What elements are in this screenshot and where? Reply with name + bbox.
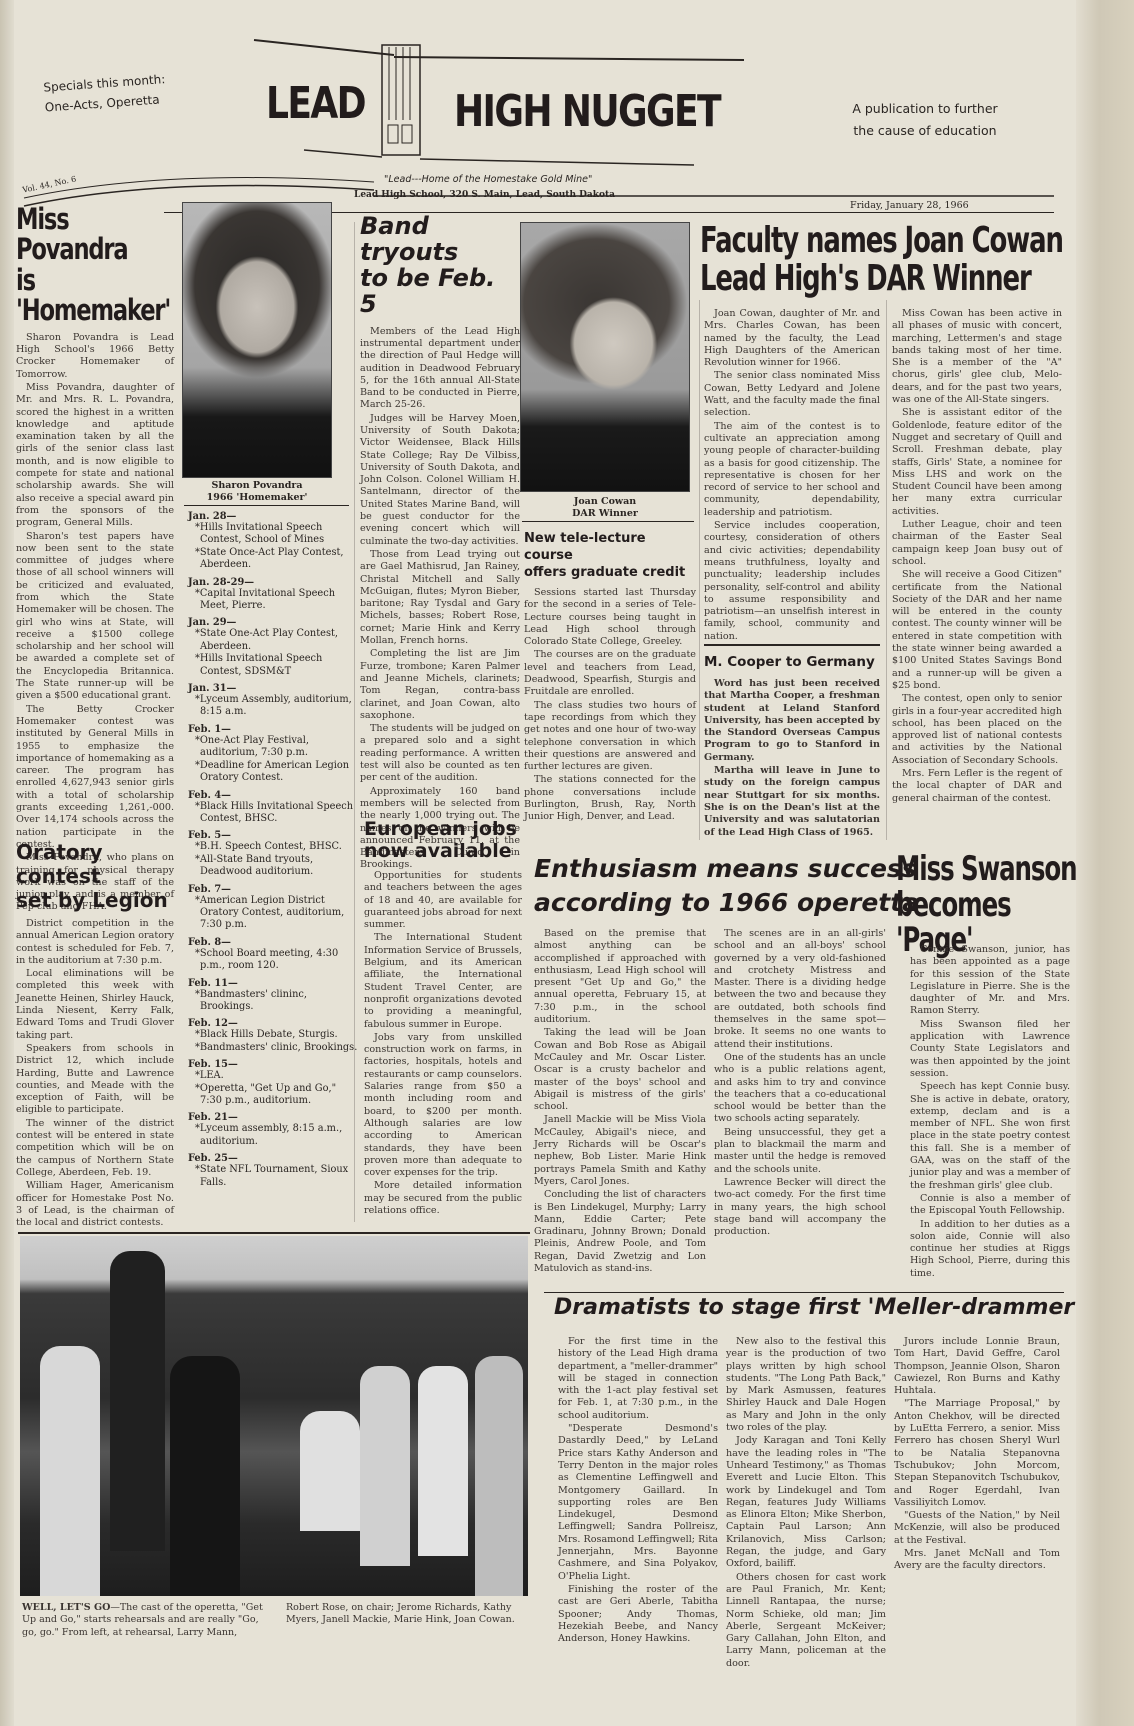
paragraph: Jobs vary from unskilled construction wo… [364, 1032, 522, 1180]
paragraph: Miss Povandra, daughter of Mr. and Mrs. … [16, 382, 174, 530]
specials-note: Specials this month: One-Acts, Operetta [43, 66, 205, 117]
calendar-event: *Hills Invitational Speech Contest, SDSM… [188, 653, 358, 678]
paragraph: Concluding the list of characters is Ben… [534, 1189, 706, 1275]
headline-line: Oratory contest [16, 840, 174, 888]
paragraph: District competition in the annual Ameri… [16, 918, 174, 967]
paragraph: The courses are on the graduate level an… [524, 649, 696, 698]
calendar-date: Feb. 15— [188, 1059, 358, 1070]
headline: Miss Povandra is 'Homemaker' [16, 204, 172, 326]
calendar-date: Feb. 11— [188, 978, 358, 989]
calendar-event: *Capital Invitational Speech Meet, Pierr… [188, 588, 358, 613]
article-swanson: Connie Swanson, junior, has has been app… [910, 944, 1070, 1281]
article-dramatists-col3: Jurors include Lonnie Braun, Tom Hart, D… [894, 1336, 1060, 1574]
article-operetta-col2: The scenes are in an all-girls' school a… [714, 928, 886, 1239]
headline: Band tryouts to be Feb. 5 [360, 214, 520, 318]
paragraph: Sessions started last Thursday for the s… [524, 587, 696, 648]
issue-date: Friday, January 28, 1966 [850, 200, 969, 211]
figure [110, 1251, 165, 1551]
article-cooper: M. Cooper to Germany Word has just been … [704, 654, 880, 840]
paragraph: Finishing the roster of the cast are Ger… [558, 1584, 718, 1645]
headline: New tele-lecture course offers graduate … [524, 530, 696, 581]
article-european-jobs: European jobs now available Opportunitie… [364, 818, 522, 1218]
article-cowan-col1: Joan Cowan, daughter of Mr. and Mrs. Cha… [704, 308, 880, 658]
paragraph: Martha will leave in June to study on th… [704, 765, 880, 839]
paragraph: Completing the list are Jim Furze, tromb… [360, 648, 520, 722]
calendar-event: *State Once-Act Play Contest, Aberdeen. [188, 547, 358, 572]
article-body: Word has just been received that Martha … [704, 678, 880, 839]
headline-line: offers graduate credit [524, 564, 696, 581]
headline-line: Lead High's DAR Winner [700, 260, 1103, 298]
headline: European jobs now available [364, 818, 522, 862]
paragraph: The Betty Crocker Homemaker contest was … [16, 704, 174, 852]
calendar-event: *All-State Band tryouts, Deadwood audito… [188, 854, 358, 879]
paragraph: "The Marriage Proposal," by Anton Chekho… [894, 1398, 1060, 1509]
paragraph: The aim of the contest is to cultivate a… [704, 421, 880, 519]
paragraph: The senior class nominated Miss Cowan, B… [704, 370, 880, 419]
headline-line: European jobs [364, 818, 522, 840]
photo-caption-cast: WELL, LET'S GO—The cast of the operetta,… [22, 1602, 532, 1639]
paragraph: The stations connected for the phone con… [524, 774, 696, 823]
calendar-event: *American Legion District Oratory Contes… [188, 895, 358, 932]
paragraph: Sharon Povandra is Lead High School's 19… [16, 332, 174, 381]
article-body: Sessions started last Thursday for the s… [524, 587, 696, 824]
article-body: Opportunities for students and teachers … [364, 870, 522, 1217]
caption-lead: WELL, LET'S GO [22, 1602, 110, 1613]
paragraph: Being unsuccessful, they get a plan to b… [714, 1127, 886, 1176]
headline-line: is 'Homemaker' [16, 265, 172, 326]
paragraph: Speech has kept Connie busy. She is acti… [910, 1081, 1070, 1192]
headline: M. Cooper to Germany [704, 654, 880, 670]
article-band-tryouts: Band tryouts to be Feb. 5 Members of the… [360, 214, 520, 873]
headline-line: Enthusiasm means success [534, 852, 919, 886]
article-cowan-col2: Miss Cowan has been active in all phases… [892, 308, 1062, 806]
paragraph: Mrs. Fern Lefler is the regent of the lo… [892, 768, 1062, 805]
paragraph: Judges will be Harvey Moen, University o… [360, 413, 520, 548]
calendar-date: Jan. 28-29— [188, 577, 358, 588]
calendar-date: Feb. 25— [188, 1153, 358, 1164]
paragraph: William Hager, Americanism officer for H… [16, 1180, 174, 1229]
figure [360, 1366, 410, 1566]
photo-sharon-povandra [182, 202, 332, 478]
calendar-event: *One-Act Play Festival, auditorium, 7:30… [188, 735, 358, 760]
paragraph: "Guests of the Nation," by Neil McKenzie… [894, 1510, 1060, 1547]
paragraph: Based on the premise that almost anythin… [534, 928, 706, 1026]
headline-line: Miss Povandra [16, 204, 172, 265]
calendar-event: *Black Hills Invitational Speech Contest… [188, 801, 358, 826]
school-address: Lead High School, 320 S. Main, Lead, Sou… [354, 190, 615, 200]
paragraph: Service includes cooperation, courtesy, … [704, 520, 880, 643]
caption-line: Sharon Povandra [182, 480, 332, 492]
calendar-date: Feb. 8— [188, 937, 358, 948]
calendar-event: *Operetta, "Get Up and Go," 7:30 p.m., a… [188, 1083, 358, 1108]
article-dramatists-col2: New also to the festival this year is th… [726, 1336, 886, 1671]
paragraph: The students will be judged on a prepare… [360, 723, 520, 784]
caption-line: 1966 'Homemaker' [182, 492, 332, 504]
masthead-title-right: HIGH NUGGET [454, 86, 720, 137]
article-body: Sharon Povandra is Lead High School's 19… [16, 332, 174, 914]
caption-line: Joan Cowan [520, 496, 690, 508]
calendar-date: Jan. 28— [188, 511, 358, 522]
article-body: Members of the Lead High instrumental de… [360, 326, 520, 872]
calendar-date: Feb. 12— [188, 1018, 358, 1029]
calendar-event: *B.H. Speech Contest, BHSC. [188, 841, 358, 853]
calendar-event: *Lyceum Assembly, auditorium, 8:15 a.m. [188, 694, 358, 719]
calendar-event: *School Board meeting, 4:30 p.m., room 1… [188, 948, 358, 973]
newspaper-page: Specials this month: One-Acts, Operetta … [14, 0, 1076, 1726]
paragraph: The scenes are in an all-girls' school a… [714, 928, 886, 1051]
paragraph: The contest, open only to senior girls i… [892, 693, 1062, 767]
paragraph: Jody Karagan and Toni Kelly have the lea… [726, 1435, 886, 1570]
page-binding-right [1076, 0, 1134, 1726]
calendar-event: *Bandmasters' clininc, Brookings. [188, 989, 358, 1014]
photo-joan-cowan [520, 222, 690, 492]
paragraph: The winner of the district contest will … [16, 1118, 174, 1179]
paragraph: Jurors include Lonnie Braun, Tom Hart, D… [894, 1336, 1060, 1397]
events-calendar: Jan. 28—*Hills Invitational Speech Conte… [188, 506, 358, 1189]
headline-operetta: Enthusiasm means success according to 19… [534, 852, 919, 920]
figure [418, 1366, 468, 1556]
tagline-line-2: the cause of education [840, 120, 1010, 142]
paragraph: "Desperate Desmond's Dastardly Deed," by… [558, 1423, 718, 1583]
paragraph: New also to the festival this year is th… [726, 1336, 886, 1434]
headline-line: New tele-lecture course [524, 530, 696, 564]
calendar-event: *Lyceum assembly, 8:15 a.m., auditorium. [188, 1123, 358, 1148]
caption-line: DAR Winner [520, 508, 690, 520]
paragraph: Miss Cowan has been active in all phases… [892, 308, 1062, 406]
paragraph: She will receive a Good Citizen" certifi… [892, 569, 1062, 692]
paragraph: Janell Mackie will be Miss Viola McCaule… [534, 1114, 706, 1188]
article-operetta-col1: Based on the premise that almost anythin… [534, 928, 706, 1276]
paragraph: Joan Cowan, daughter of Mr. and Mrs. Cha… [704, 308, 880, 369]
article-telelecture: New tele-lecture course offers graduate … [524, 530, 696, 825]
paragraph: Lawrence Becker will direct the two-act … [714, 1177, 886, 1238]
calendar-event: *Hills Invitational Speech Contest, Scho… [188, 522, 358, 547]
headline-line: now available [364, 840, 522, 862]
calendar-event: *State NFL Tournament, Sioux Falls. [188, 1164, 358, 1189]
calendar-date: Feb. 7— [188, 884, 358, 895]
paragraph: Opportunities for students and teachers … [364, 870, 522, 931]
calendar-date: Jan. 31— [188, 683, 358, 694]
headline-line: Band tryouts [360, 214, 520, 266]
paragraph: Miss Swanson filed her application with … [910, 1019, 1070, 1080]
figure [300, 1411, 360, 1531]
figure [40, 1346, 100, 1596]
photo-operetta-cast [20, 1236, 528, 1596]
calendar-event: *Deadline for American Legion Oratory Co… [188, 760, 358, 785]
paragraph: Members of the Lead High instrumental de… [360, 326, 520, 412]
figure [475, 1356, 523, 1596]
paragraph: The International Student Information Se… [364, 932, 522, 1030]
calendar-event: *State One-Act Play Contest, Aberdeen. [188, 628, 358, 653]
article-povandra: Miss Povandra is 'Homemaker' Sharon Pova… [16, 204, 174, 915]
page-binding-left [0, 0, 14, 1726]
paragraph: Luther League, choir and teen chairman o… [892, 519, 1062, 568]
headline-cowan: Faculty names Joan Cowan Lead High's DAR… [700, 222, 1103, 298]
headline-line: Faculty names Joan Cowan [700, 222, 1103, 260]
paragraph: Those from Lead trying out are Gael Math… [360, 549, 520, 647]
article-oratory: Oratory contest set by Legion District c… [16, 840, 174, 1230]
calendar-date: Feb. 1— [188, 724, 358, 735]
calendar-date: Feb. 4— [188, 790, 358, 801]
headline-line: according to 1966 operetta [534, 886, 919, 920]
headline-dramatists: Dramatists to stage first 'Meller-dramme… [554, 1296, 1081, 1320]
masthead-title-left: LEAD [266, 78, 365, 129]
tagline: A publication to further the cause of ed… [840, 98, 1010, 142]
calendar-date: Jan. 29— [188, 617, 358, 628]
paragraph: Connie Swanson, junior, has has been app… [910, 944, 1070, 1018]
headline-line: to be Feb. 5 [360, 266, 520, 318]
paragraph: Taking the lead will be Joan Cowan and B… [534, 1027, 706, 1113]
tagline-line-1: A publication to further [840, 98, 1010, 120]
paragraph: Local eliminations will be completed thi… [16, 968, 174, 1042]
paragraph: In addition to her duties as a solon aid… [910, 1219, 1070, 1280]
calendar-date: Feb. 21— [188, 1112, 358, 1123]
paragraph: Word has just been received that Martha … [704, 678, 880, 764]
paragraph: Mrs. Janet McNall and Tom Avery are the … [894, 1548, 1060, 1573]
paragraph: The class studies two hours of tape reco… [524, 700, 696, 774]
calendar-event: *LEA. [188, 1070, 358, 1082]
paragraph: Connie is also a member of the Episcopal… [910, 1193, 1070, 1218]
headline-line: Miss Swanson [896, 852, 1083, 888]
calendar-event: *Black Hills Debate, Sturgis. [188, 1029, 358, 1041]
calendar-event: *Bandmasters' clinic, Brookings. [188, 1042, 358, 1054]
calendar-date: Feb. 5— [188, 830, 358, 841]
article-dramatists-col1: For the first time in the history of the… [558, 1336, 718, 1646]
headline-line: set by Legion [16, 888, 174, 912]
paragraph: She is assistant editor of the Goldenlod… [892, 407, 1062, 518]
paragraph: Speakers from schools in District 12, wh… [16, 1043, 174, 1117]
paragraph: Sharon's test papers have now been sent … [16, 531, 174, 703]
paragraph: One of the students has an uncle who is … [714, 1052, 886, 1126]
paragraph: For the first time in the history of the… [558, 1336, 718, 1422]
photo-caption-cowan: Joan Cowan DAR Winner [520, 496, 690, 520]
headline: Oratory contest set by Legion [16, 840, 174, 912]
photo-caption-povandra: Sharon Povandra 1966 'Homemaker' [182, 480, 332, 504]
headline-swanson: Miss Swanson becomes 'Page' [896, 852, 1083, 959]
figure [170, 1356, 240, 1596]
paragraph: Others chosen for cast work are Paul Fra… [726, 1572, 886, 1670]
article-body: District competition in the annual Ameri… [16, 918, 174, 1229]
paragraph: More detailed information may be secured… [364, 1180, 522, 1217]
